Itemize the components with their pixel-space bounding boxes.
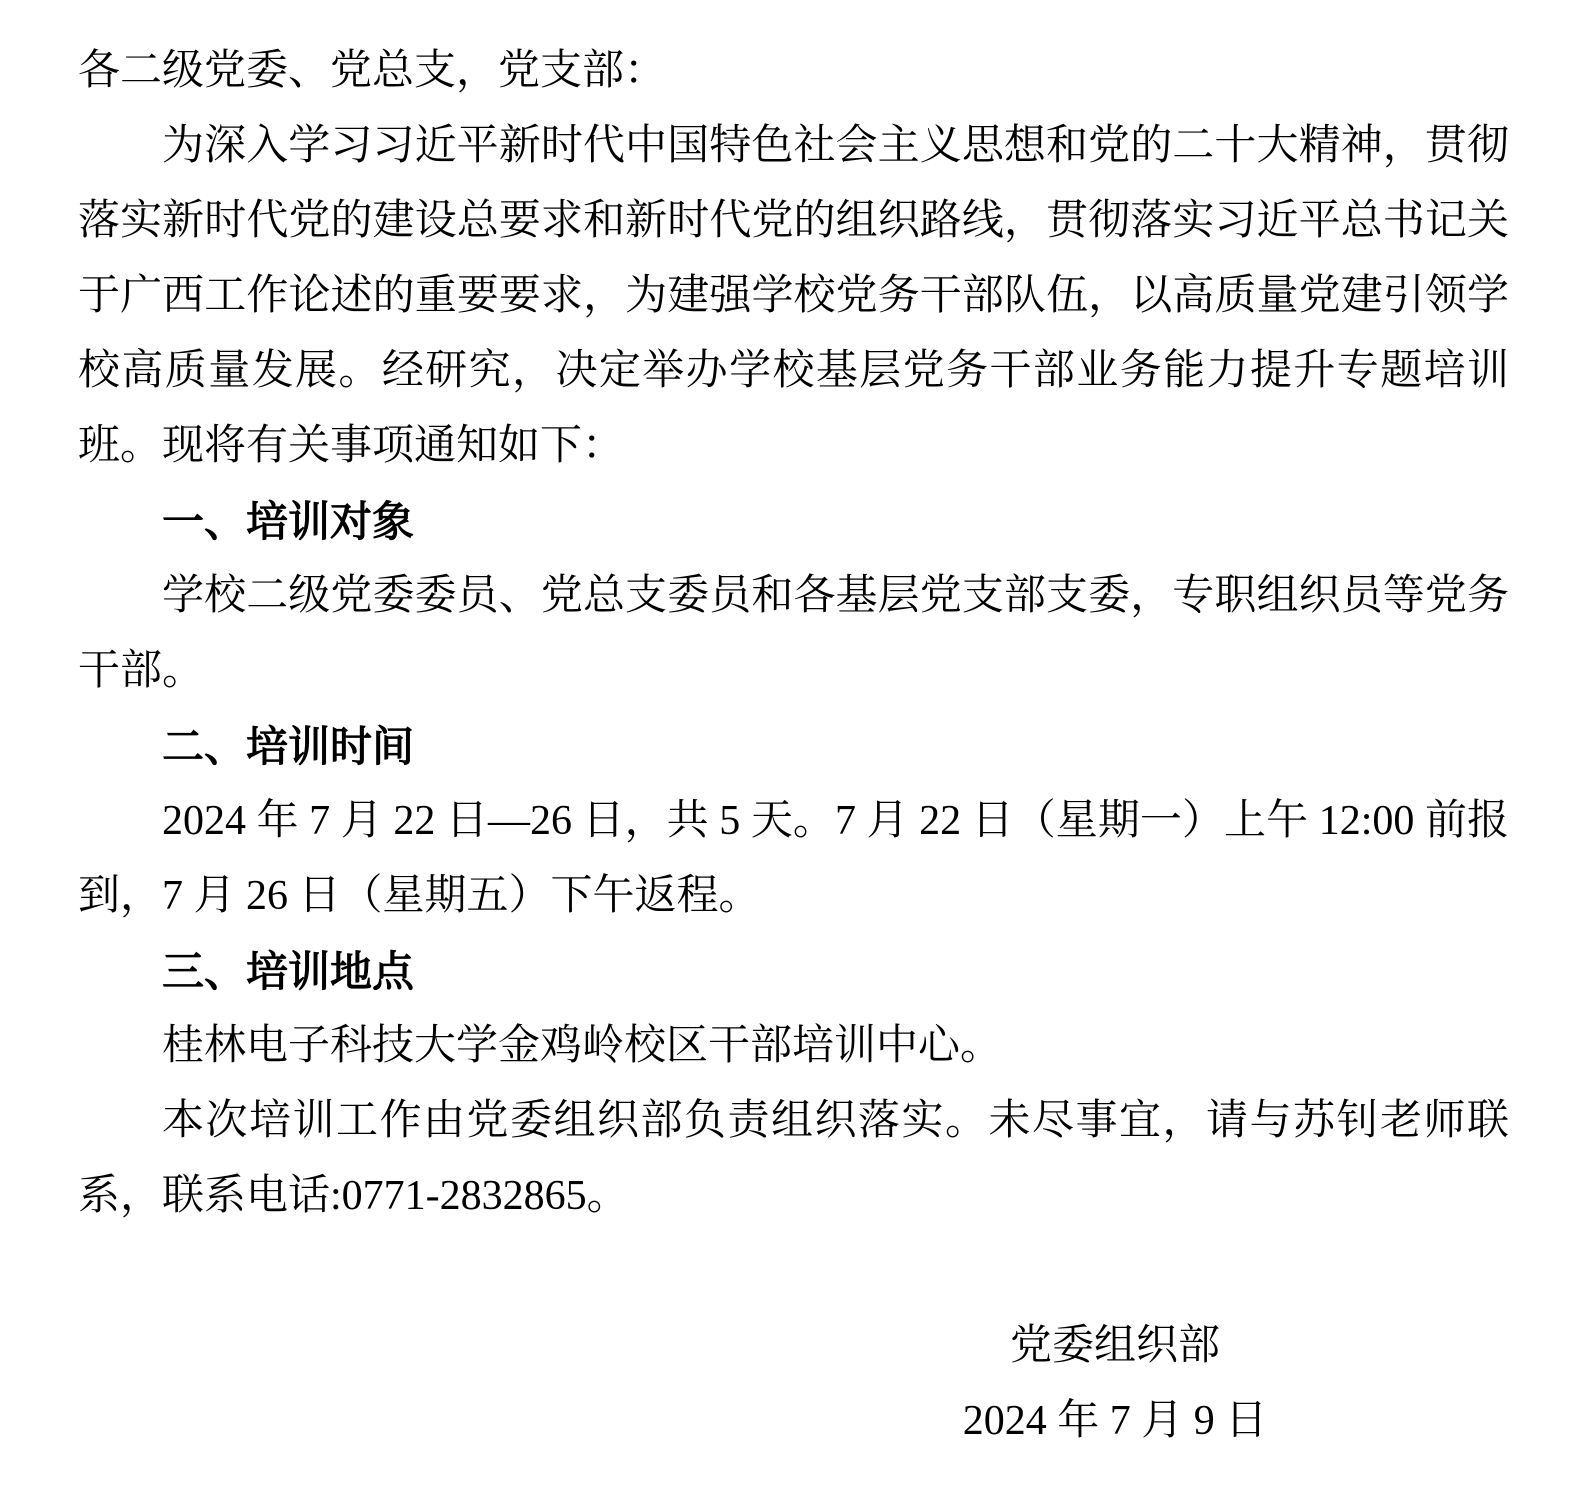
- section-3-heading: 三、培训地点: [78, 934, 1509, 1009]
- section-3-body: 桂林电子科技大学金鸡岭校区干部培训中心。: [78, 1009, 1509, 1084]
- signature-date: 2024 年 7 月 9 日: [955, 1384, 1275, 1459]
- intro-paragraph: 为深入学习习近平新时代中国特色社会主义思想和党的二十大精神，贯彻落实新时代党的建…: [78, 109, 1509, 484]
- document-page: 各二级党委、党总支，党支部： 为深入学习习近平新时代中国特色社会主义思想和党的二…: [0, 0, 1587, 1488]
- salutation: 各二级党委、党总支，党支部：: [78, 34, 1509, 109]
- section-1-body: 学校二级党委委员、党总支委员和各基层党支部支委，专职组织员等党务干部。: [78, 559, 1509, 709]
- closing-paragraph: 本次培训工作由党委组织部负责组织落实。未尽事宜，请与苏钊老师联系，联系电话:07…: [78, 1084, 1509, 1234]
- section-2-heading: 二、培训时间: [78, 709, 1509, 784]
- signature-block: 党委组织部 2024 年 7 月 9 日: [955, 1309, 1275, 1459]
- section-1-heading: 一、培训对象: [78, 484, 1509, 559]
- signature: 党委组织部: [955, 1309, 1275, 1384]
- section-2-body: 2024 年 7 月 22 日—26 日，共 5 天。7 月 22 日（星期一）…: [78, 784, 1509, 934]
